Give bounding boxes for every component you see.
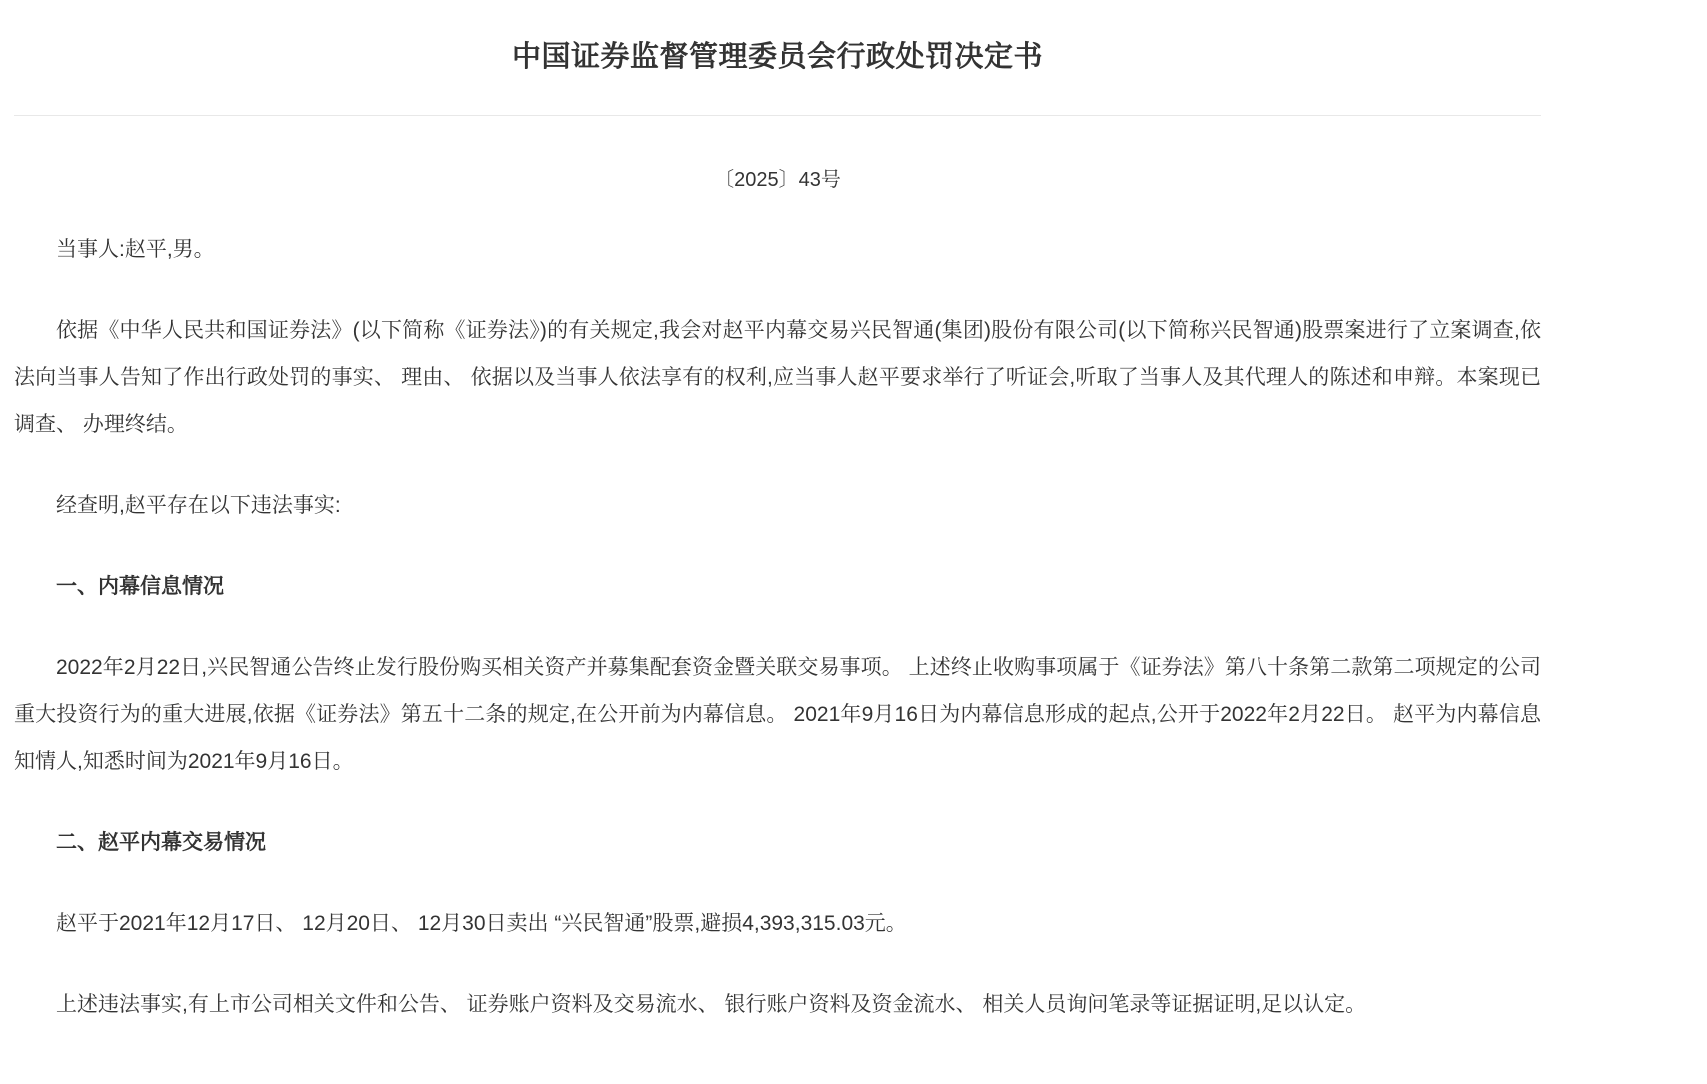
paragraph-case-basis: 依据《中华人民共和国证券法》(以下简称《证券法》)的有关规定,我会对赵平内幕交易… <box>14 307 1541 448</box>
document-title: 中国证券监督管理委员会行政处罚决定书 <box>14 0 1541 77</box>
title-divider <box>14 115 1541 116</box>
paragraph-insider-trading: 赵平于2021年12月17日、 12月20日、 12月30日卖出 “兴民智通”股… <box>14 900 1541 947</box>
paragraph-findings-intro: 经查明,赵平存在以下违法事实: <box>14 482 1541 529</box>
document-body: 当事人:赵平,男。 依据《中华人民共和国证券法》(以下简称《证券法》)的有关规定… <box>14 226 1541 1028</box>
document-page: 中国证券监督管理委员会行政处罚决定书 〔2025〕43号 当事人:赵平,男。 依… <box>14 0 1541 1028</box>
paragraph-party: 当事人:赵平,男。 <box>14 226 1541 273</box>
section-heading-insider-info: 一、内幕信息情况 <box>14 563 1541 610</box>
section-heading-insider-trading: 二、赵平内幕交易情况 <box>14 819 1541 866</box>
document-number: 〔2025〕43号 <box>14 168 1541 192</box>
paragraph-evidence: 上述违法事实,有上市公司相关文件和公告、 证券账户资料及交易流水、 银行账户资料… <box>14 981 1541 1028</box>
paragraph-insider-info: 2022年2月22日,兴民智通公告终止发行股份购买相关资产并募集配套资金暨关联交… <box>14 644 1541 785</box>
